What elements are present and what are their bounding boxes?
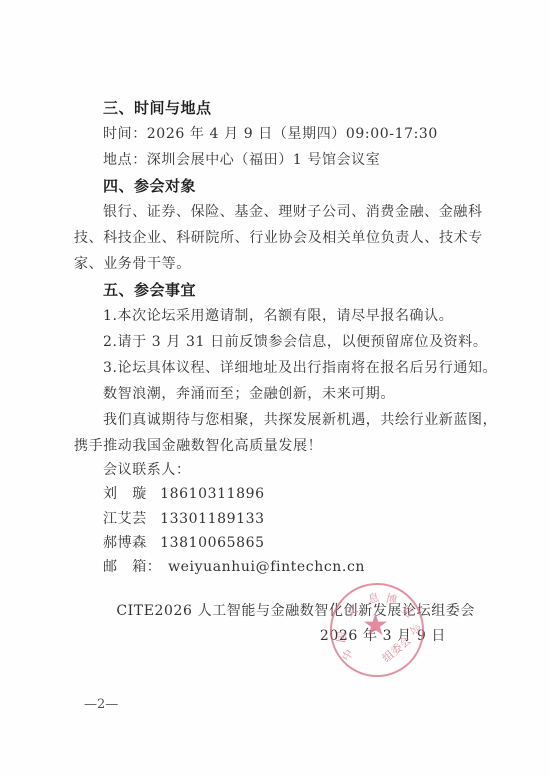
contact-phone: 13810065865: [160, 535, 265, 551]
contact-phone: 18610311896: [160, 486, 265, 502]
seal-char: 博: [384, 590, 399, 608]
contact-row: 郝博森 13810065865: [103, 534, 265, 552]
seal-char: 文: [342, 601, 361, 620]
attendees-line-1: 银行、证券、保险、基金、理财子公司、消费金融、金融科: [103, 203, 483, 221]
section-heading-matters: 五、参会事宜: [103, 281, 196, 299]
slogan-line: 数智浪潮，奔涌而至；金融创新，未来可期。: [103, 385, 395, 403]
matters-item-1: 1.本次论坛采用邀请制，名额有限，请尽早报名确认。: [103, 307, 453, 325]
seal-char: 览: [398, 601, 417, 620]
seal-char: 会: [406, 621, 425, 638]
contacts-title: 会议联系人：: [103, 461, 191, 479]
email-address: weiyuanhui@fintechcn.cn: [168, 559, 365, 575]
closing-line-1: 我们真诚期待与您相聚，共探发展新机遇，共绘行业新蓝图，: [103, 411, 497, 429]
contact-row: 刘 璇 18610311896: [103, 485, 265, 503]
closing-line-2: 携手推动我国金融数智化高质量发展！: [74, 437, 322, 455]
place-line: 地点：深圳会展中心（福田）1 号馆会议室: [103, 151, 380, 169]
seal-star-icon: ★: [362, 611, 389, 641]
seal-char: 息: [367, 589, 381, 607]
seal-char: 中: [338, 646, 357, 664]
document-page: 三、时间与地点 时间：2026 年 4 月 9 日（星期四）09:00-17:3…: [0, 0, 550, 777]
page-number: —2—: [84, 697, 118, 712]
contact-name: 刘 璇: [103, 485, 155, 503]
seal-char: 国: [333, 630, 351, 644]
section-heading-attendees: 四、参会对象: [103, 177, 196, 195]
contact-name: 郝博森: [103, 534, 155, 552]
contact-phone: 13301189133: [160, 511, 265, 527]
attendees-line-2: 技、科技企业、科研院所、行业协会及相关单位负责人、技术专: [74, 229, 483, 247]
time-line: 时间：2026 年 4 月 9 日（星期四）09:00-17:30: [103, 125, 438, 143]
contact-name: 江艾芸: [103, 510, 155, 528]
email-label: 邮 箱：: [103, 558, 163, 576]
matters-item-3: 3.论坛具体议程、详细地址及出行指南将在报名后另行通知。: [103, 359, 497, 377]
official-seal: 中 国 文 息 博 览 会 ★ 组委会: [330, 583, 424, 677]
section-heading-time-place: 三、时间与地点: [103, 99, 212, 117]
contact-row: 江艾芸 13301189133: [103, 510, 265, 528]
attendees-line-3: 家、业务骨干等。: [74, 255, 191, 273]
contact-email-row: 邮 箱： weiyuanhui@fintechcn.cn: [103, 558, 365, 576]
matters-item-2: 2.请于 3 月 31 日前反馈参会信息，以便预留席位及资料。: [103, 333, 487, 351]
